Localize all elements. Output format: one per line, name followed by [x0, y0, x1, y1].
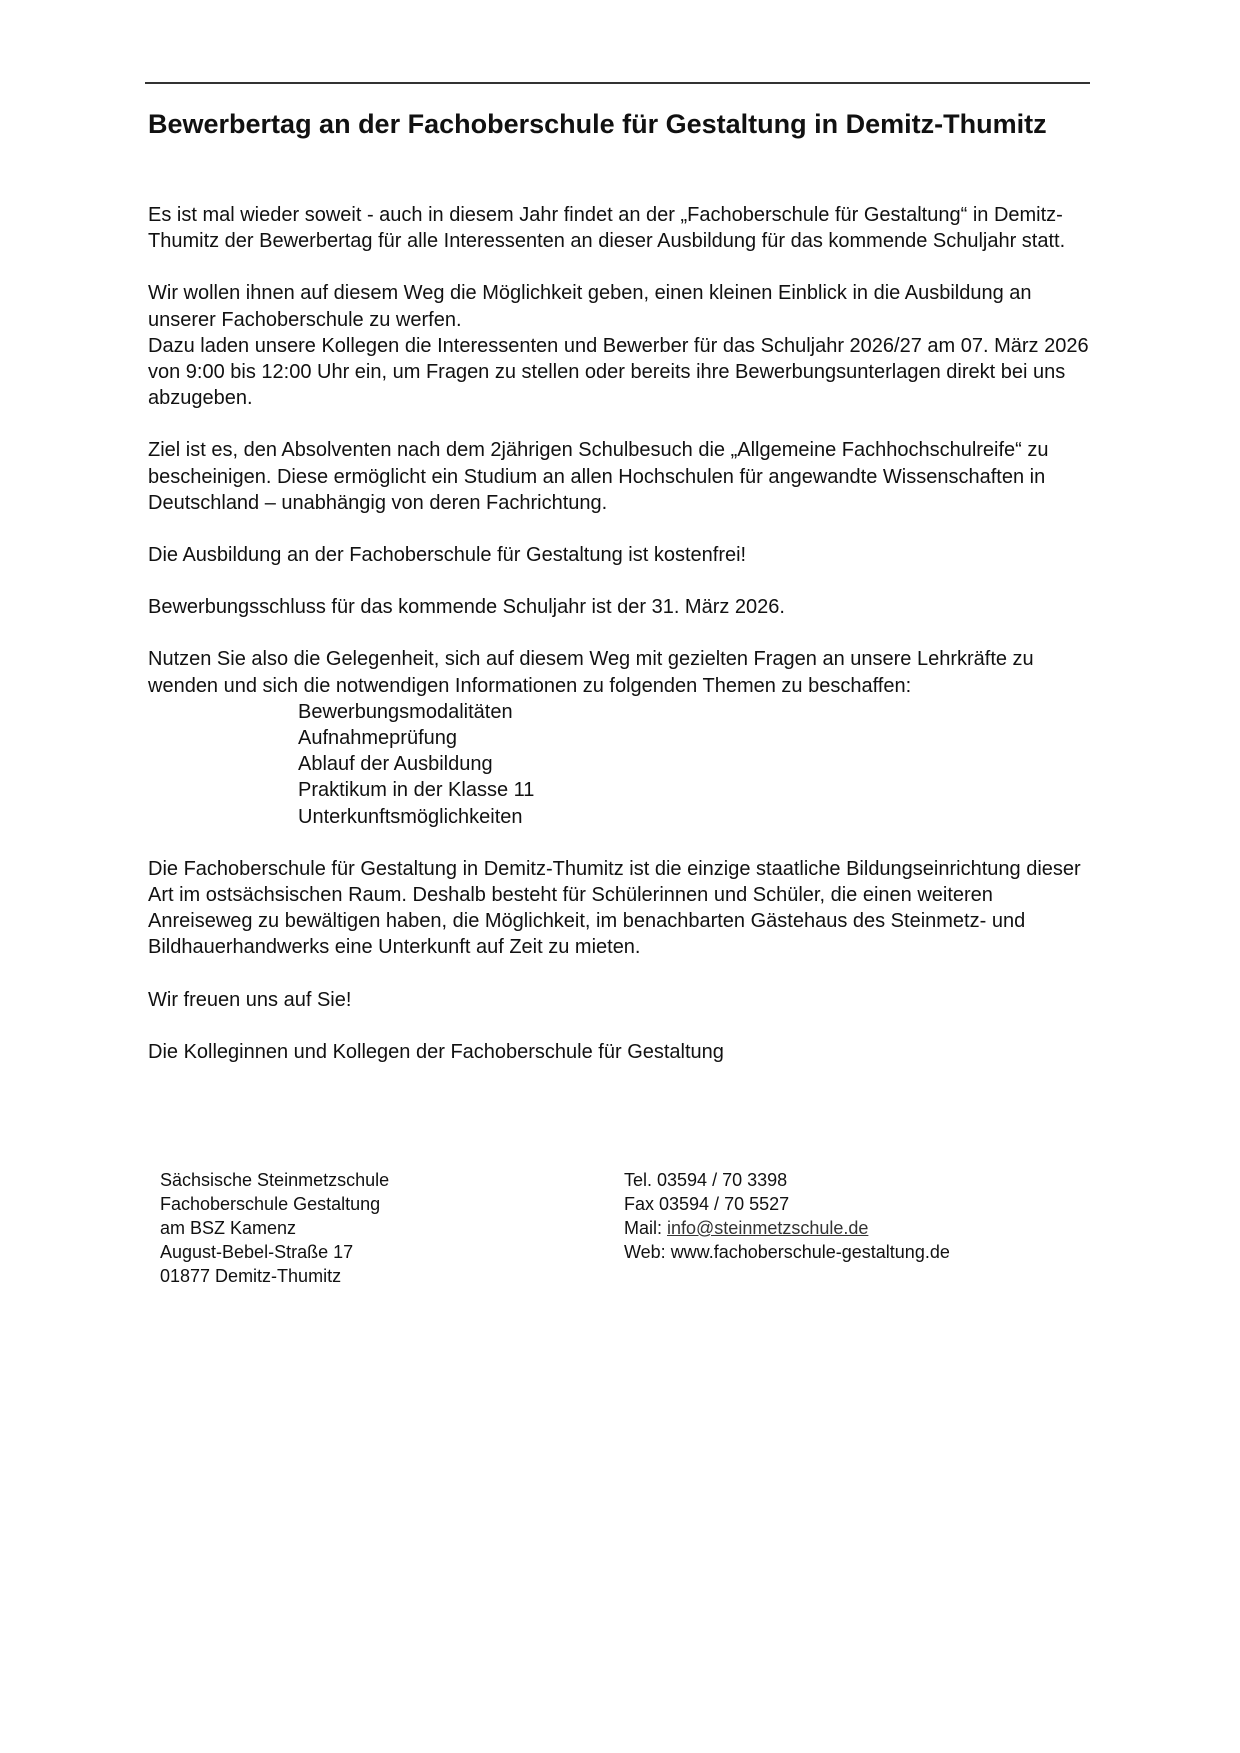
topic-item: Ablauf der Ausbildung [298, 751, 1098, 777]
header-rule [145, 82, 1090, 84]
address-line: 01877 Demitz-Thumitz [160, 1264, 389, 1288]
document-body: Es ist mal wieder soweit - auch in diese… [148, 202, 1098, 1091]
paragraph-deadline: Bewerbungsschluss für das kommende Schul… [148, 594, 1098, 620]
address-line: am BSZ Kamenz [160, 1216, 389, 1240]
paragraph-intro: Es ist mal wieder soweit - auch in diese… [148, 202, 1098, 254]
topic-item: Bewerbungsmodalitäten [298, 699, 1098, 725]
address-column: Sächsische Steinmetzschule Fachoberschul… [160, 1168, 389, 1288]
topic-item: Unterkunftsmöglichkeiten [298, 804, 1098, 830]
topic-item: Aufnahmeprüfung [298, 725, 1098, 751]
paragraph-insight: Wir wollen ihnen auf diesem Weg die Mögl… [148, 280, 1098, 332]
address-line: August-Bebel-Straße 17 [160, 1240, 389, 1264]
paragraph-signature: Die Kolleginnen und Kollegen der Fachobe… [148, 1039, 1098, 1065]
fax-number: Fax 03594 / 70 5527 [624, 1192, 950, 1216]
page-title: Bewerbertag an der Fachoberschule für Ge… [148, 108, 1048, 141]
topics-list: Bewerbungsmodalitäten Aufnahmeprüfung Ab… [148, 699, 1098, 830]
paragraph-opportunity: Nutzen Sie also die Gelegenheit, sich au… [148, 646, 1098, 698]
website: Web: www.fachoberschule-gestaltung.de [624, 1240, 950, 1264]
phone-number: Tel. 03594 / 70 3398 [624, 1168, 950, 1192]
topic-item: Praktikum in der Klasse 11 [298, 777, 1098, 803]
paragraph-goal: Ziel ist es, den Absolventen nach dem 2j… [148, 437, 1098, 516]
contact-column: Tel. 03594 / 70 3398 Fax 03594 / 70 5527… [624, 1168, 950, 1264]
paragraph-closing: Wir freuen uns auf Sie! [148, 987, 1098, 1013]
mail-label: Mail: [624, 1218, 667, 1238]
paragraph-invitation: Dazu laden unsere Kollegen die Interesse… [148, 333, 1098, 412]
paragraph-free: Die Ausbildung an der Fachoberschule für… [148, 542, 1098, 568]
address-line: Fachoberschule Gestaltung [160, 1192, 389, 1216]
mail-line: Mail: info@steinmetzschule.de [624, 1216, 950, 1240]
address-line: Sächsische Steinmetzschule [160, 1168, 389, 1192]
email-link[interactable]: info@steinmetzschule.de [667, 1218, 868, 1238]
paragraph-accommodation: Die Fachoberschule für Gestaltung in Dem… [148, 856, 1098, 961]
